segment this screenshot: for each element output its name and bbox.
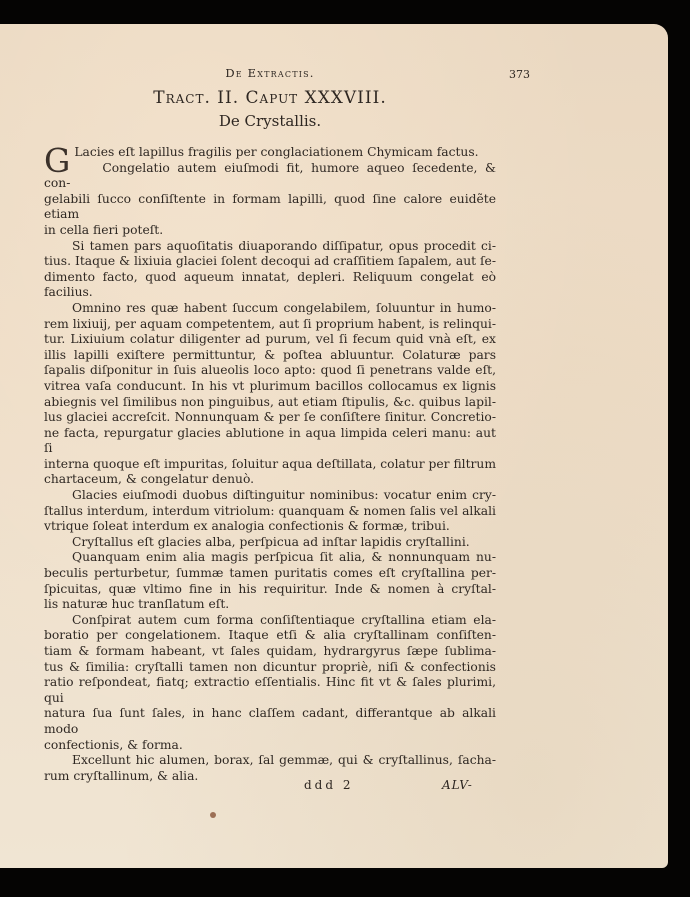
text-line: ſapalis diſponitur in ſuis alueolis loco… [44, 363, 496, 379]
text-line: Excellunt hic alumen, borax, ſal gemmæ, … [44, 753, 496, 769]
text-line: confectionis, & forma. [44, 738, 496, 754]
text-line: interna quoque eſt impuritas, ſoluitur a… [44, 457, 496, 473]
text-line: Omnino res quæ habent ſuccum congelabile… [44, 301, 496, 317]
text-line: Quanquam enim alia magis perſpicua ſit a… [44, 550, 496, 566]
text-line: ne facta, repurgatur glacies ablutione i… [44, 426, 496, 457]
text-line: illis lapilli exiſtere permittuntur, & p… [44, 348, 496, 364]
text-line: tus & ſimilia: cryſtalli tamen non dicun… [44, 660, 496, 676]
body-text: G Lacies eſt lapillus fragilis per congl… [44, 145, 496, 784]
chapter-title: Tract. II. Caput XXXVIII. [44, 88, 496, 108]
text-line: in cella fieri poteſt. [44, 223, 496, 239]
text-line: gelabili ſucco conſiſtente in formam lap… [44, 192, 496, 223]
text-line: beculis perturbetur, ſummæ tamen puritat… [44, 566, 496, 582]
signature-mark: ddd 2 [304, 778, 354, 792]
text-line: tius. Itaque & lixiuia glaciei ſolent de… [44, 254, 496, 270]
running-head: De Extractis. [44, 66, 496, 80]
text-line: dimento facto, quod aqueum innatat, depl… [44, 270, 496, 286]
text-line: ratio reſpondeat, fiatq; extractio eſſen… [44, 675, 496, 706]
text-line: Cryſtallus eſt glacies alba, perſpicua a… [44, 535, 496, 551]
text-line: tur. Lixiuium colatur diligenter ad puru… [44, 332, 496, 348]
text-line: lus glaciei accreſcit. Nonnunquam & per … [44, 410, 496, 426]
text-line: lis naturæ huc tranſlatum eſt. [44, 597, 496, 613]
text-line: Si tamen pars aquoſitatis diuaporando di… [44, 239, 496, 255]
paper-stain [210, 812, 216, 818]
text-line: chartaceum, & congelatur denuò. [44, 472, 496, 488]
catchword: ALV- [442, 778, 473, 792]
drop-cap: G [44, 146, 70, 176]
text-line: facilius. [44, 285, 496, 301]
text-line: vtrique ſoleat interdum ex analogia conf… [44, 519, 496, 535]
text-line: Lacies eſt lapillus fragilis per conglac… [44, 145, 496, 161]
page-number: 373 [509, 68, 530, 81]
text-line: natura ſua ſunt ſales, in hanc claſſem c… [44, 706, 496, 737]
text-line: ſtallus interdum, interdum vitriolum: qu… [44, 504, 496, 520]
text-line: rem lixiuij, per aquam competentem, aut … [44, 317, 496, 333]
text-line: tiam & formam habeant, vt ſales quidam, … [44, 644, 496, 660]
text-line: Conſpirat autem cum forma conſiſtentiaqu… [44, 613, 496, 629]
text-line: vitrea vaſa conducunt. In his vt plurimu… [44, 379, 496, 395]
text-line: rum cryſtallinum, & alia. [44, 769, 496, 785]
book-page: De Extractis. 373 Tract. II. Caput XXXVI… [0, 24, 668, 868]
section-title: De Crystallis. [44, 112, 496, 130]
text-line: Glacies eiuſmodi duobus diſtinguitur nom… [44, 488, 496, 504]
text-line: boratio per congelationem. Itaque etſi &… [44, 628, 496, 644]
text-line: ſpicuitas, quæ vltimo fine in his requir… [44, 582, 496, 598]
text-line: Congelatio autem eiuſmodi fit, humore aq… [44, 161, 496, 192]
text-line: abiegnis vel ſimilibus non pinguibus, au… [44, 395, 496, 411]
